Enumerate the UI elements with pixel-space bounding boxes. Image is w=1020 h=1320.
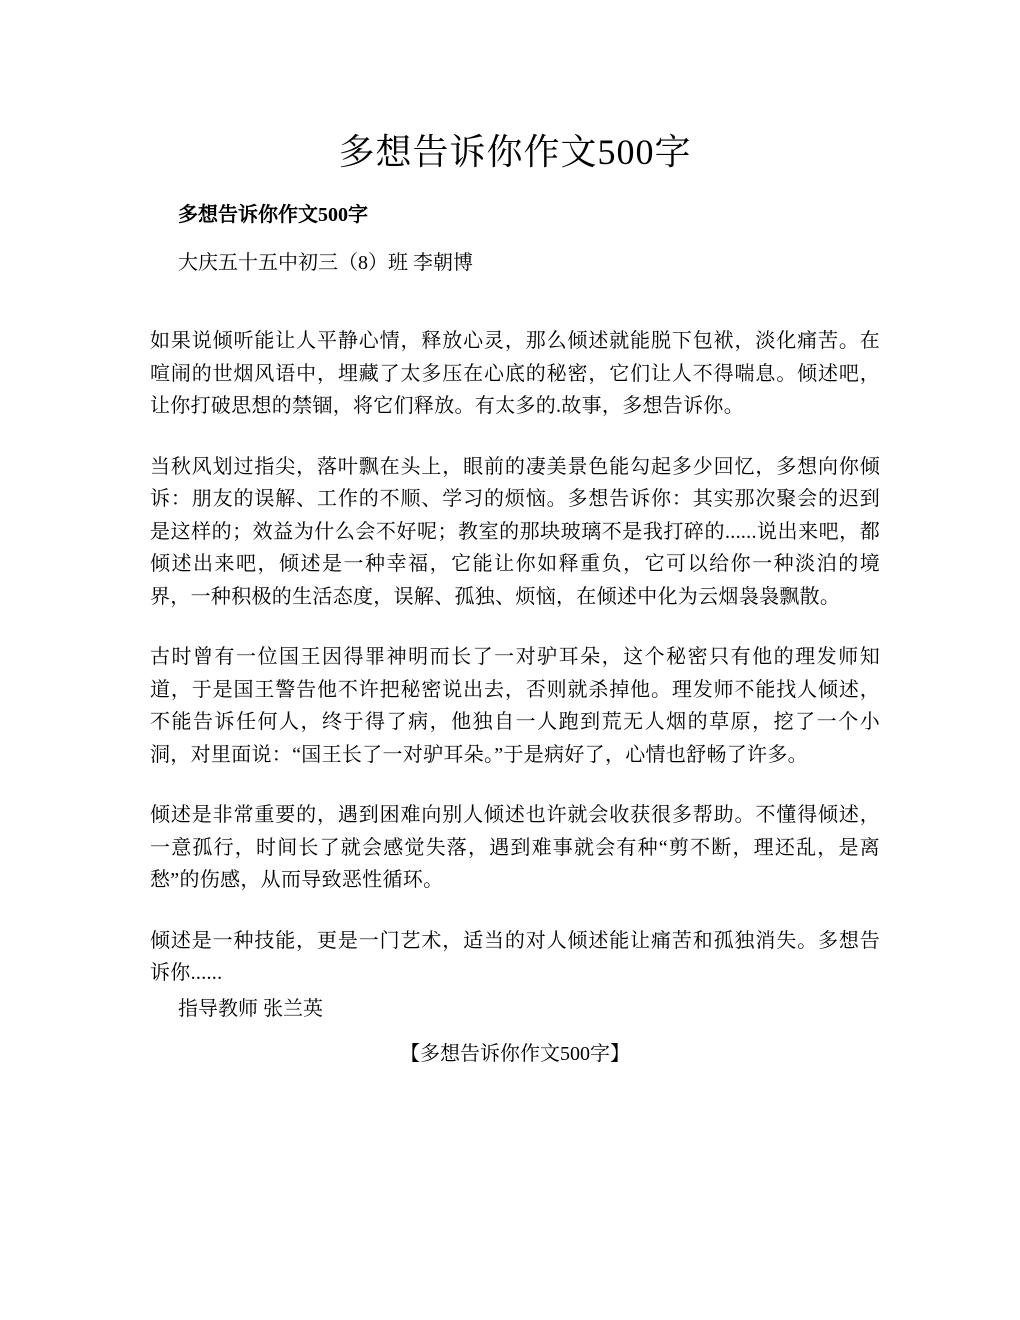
paragraph: 倾述是非常重要的，遇到困难向别人倾述也许就会收获很多帮助。不懂得倾述，一意孤行，…: [150, 799, 880, 897]
paragraph: 当秋风划过指尖，落叶飘在头上，眼前的凄美景色能勾起多少回忆，多想向你倾诉：朋友的…: [150, 451, 880, 614]
paragraph: 古时曾有一位国王因得罪神明而长了一对驴耳朵，这个秘密只有他的理发师知道，于是国王…: [150, 641, 880, 771]
paragraph: 倾述是一种技能，更是一门艺术，适当的对人倾述能让痛苦和孤独消失。多想告诉你...…: [150, 925, 880, 990]
paragraph: 如果说倾听能让人平静心情，释放心灵，那么倾述就能脱下包袱，淡化痛苦。在喧闹的世烟…: [150, 325, 880, 423]
essay-body: 如果说倾听能让人平静心情，释放心灵，那么倾述就能脱下包袱，淡化痛苦。在喧闹的世烟…: [150, 325, 880, 990]
document-title: 多想告诉你作文500字: [150, 132, 880, 172]
section-heading: 多想告诉你作文500字: [178, 203, 880, 227]
byline: 大庆五十五中初三（8）班 李朝博: [178, 250, 880, 277]
document-page: 多想告诉你作文500字 多想告诉你作文500字 大庆五十五中初三（8）班 李朝博…: [0, 0, 1020, 1320]
teacher-credit: 指导教师 张兰英: [178, 996, 880, 1023]
footer-title: 【多想告诉你作文500字】: [150, 1041, 880, 1068]
